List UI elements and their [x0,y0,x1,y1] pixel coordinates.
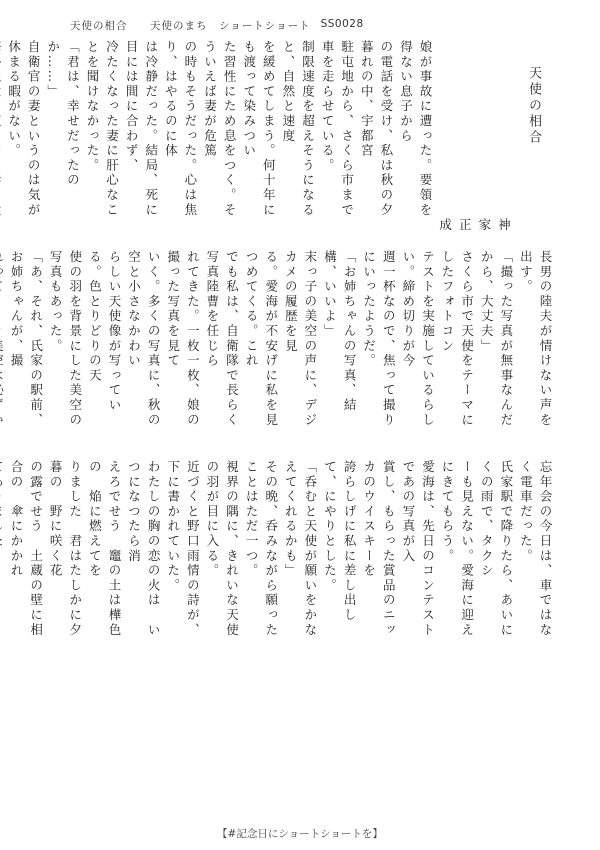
author-name: 神家正成 [435,40,513,230]
text-line: らしい天使像が写っている。色とりどりの天 [85,250,124,440]
poem-line: りました 君はたしかに夕暮の 野に咲く花 [46,460,85,650]
text-line: 冷たくなった妻に肝心なことを聞けなかった。 [82,40,121,230]
text-line: る。愛海が不安げに私を見つめてくる。これ [242,250,281,440]
story-title: 天使の相合 [523,40,543,230]
text-line: 長男の陸夫が情けない声を出す。 [516,250,555,440]
text-line: 「呑むと天使が願いをかなえてくれるかも」 [281,460,320,650]
text-tier-3: 忘年会の今日は、車ではなく電車だった。 氏家駅で降りたら、あいにくの雨で、タクシ… [55,460,555,650]
text-tier-1: 天使の相合 神家正成 娘が事故に遭った。要領を得ない息子から の電話を受け、私は… [55,40,555,230]
text-line: 視界の隅に、きれいな天使の羽が目に入る。 [202,460,241,650]
text-line: 誇らしげに私に差し出して、にやりとした。 [320,460,359,650]
text-line: さくら市で天使をテーマにしたフォトコン [437,250,476,440]
text-line: その晩、呑みながら願ったことはただ一つ。 [242,460,281,650]
text-line: 忘年会の今日は、車ではなく電車だった。 [516,460,555,650]
text-line: テストを実施しているらしい。締め切りが今 [398,250,437,440]
text-line: 海外派遣や演習中、妻は大好きな酒を断って [0,40,4,230]
text-tier-2: 長男の陸夫が情けない声を出す。 「撮った写真が無事なんだから、大丈夫」 さくら市… [55,250,555,440]
poem-line: わたしの胸の恋の火は いつになつたら消 [124,460,163,650]
text-line: 「あ、それ、氏家の駅前、お姉ちゃんが、撮 [6,250,45,440]
poem-line: えろでせう 竈の土は樺色の 焔に燃えてを [85,460,124,650]
page-header: 天使の相合 天使のまち ショートショート SS0028 [70,18,364,32]
text-line: いく。多くの写真に、秋の空と小さなかわい [124,250,163,440]
text-line: は冷静だった。結局、死に目には間に合わず、 [122,40,161,230]
header-series: 天使のまち ショートショート [150,18,311,32]
text-line: 「お姉ちゃんの写真、結構、いいよ」 [320,250,359,440]
text-line: 制限速度を超えそうになると、自然と速度 [278,40,317,230]
header-code: SS0028 [321,18,364,32]
text-line: れてきた。一枚一枚、娘の撮った写真を見て [163,250,202,440]
text-line: 娘が事故に遭った。要領を得ない息子から [396,40,435,230]
text-line: 使の羽を背景にした美空の写真もあった。 [46,250,85,440]
text-line: 賞し、もらった賞品のニッカのウイスキーを [359,460,398,650]
footer-hashtag: 【#記念日にショートショートを】 [0,826,600,841]
text-line: 週一杯なので、焦って撮りにいったようだ。 [359,250,398,440]
text-line: 「撮った写真が無事なんだから、大丈夫」 [477,250,516,440]
text-line: 自衛官の妻というのは気が休まる暇がない。 [4,40,43,230]
text-line: れって……」美空は恥ずかしげにうつむく。 [0,250,6,440]
text-line: の時もそうだった。心は焦り、はやるのに体 [161,40,200,230]
poem-line: の露でせう 土蔵の壁に相合の 傘にかかれ [6,460,45,650]
header-story-title: 天使の相合 [70,18,150,32]
text-line: 近づくと野口雨情の詩が、下に書かれていた。 [163,460,202,650]
text-line: でも私は、自衛隊で長らく写真陸曹を任じら [202,250,241,440]
text-line: 「君は、幸せだったのか……」 [43,40,82,230]
text-line: 愛海は、先日のコンテストであの写真が入 [398,460,437,650]
text-line: 末っ子の美空の声に、デジカメの履歴を見 [281,250,320,440]
text-line: 氏家駅で降りたら、あいにくの雨で、タクシ [477,460,516,650]
text-line: た習性にため息をつく。そういえば妻が危篤 [200,40,239,230]
text-line: 駐屯地から、さくら市まで車を走らせている。 [317,40,356,230]
text-line: ーも見えない。愛海に迎えにきてもらう。 [437,460,476,650]
text-line: の電話を受け、私は秋の夕暮れの中、宇都宮 [357,40,396,230]
text-line: を緩めてしまう。何十年にも渡って染みつい [239,40,278,230]
